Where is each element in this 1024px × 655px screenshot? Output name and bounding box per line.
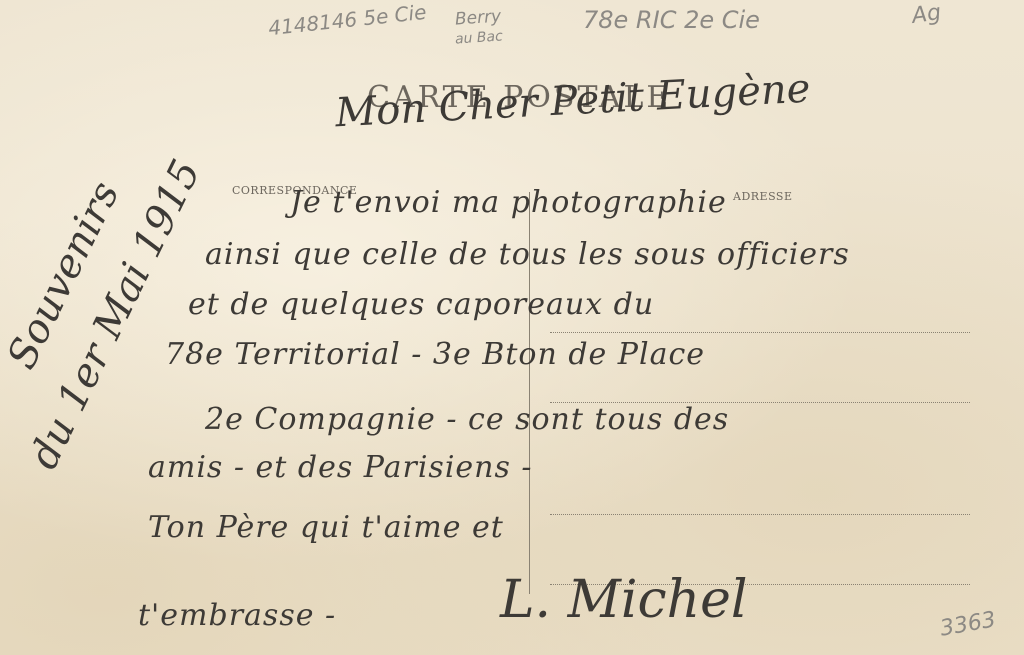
pencil-place-note: Berry <box>454 6 501 29</box>
pencil-archive-note: 4148146 5e Cie <box>267 0 427 40</box>
salutation: Mon Cher Petit Eugène <box>334 66 811 137</box>
letter-line-1: Je t'envoi ma photographie <box>290 185 727 220</box>
pencil-regiment-note: 78e RIC 2e Cie <box>583 6 760 34</box>
pencil-inventory-number: 3363 <box>938 607 997 641</box>
letter-line-4: 78e Territorial - 3e Bton de Place <box>165 337 705 372</box>
address-line-1 <box>550 332 970 333</box>
letter-line-6: amis - et des Parisiens - <box>148 450 533 485</box>
signature: L. Michel <box>500 570 747 630</box>
letter-line-2: ainsi que celle de tous les sous officie… <box>205 237 850 272</box>
pencil-initials-note: Ag <box>910 0 942 29</box>
address-label: ADRESSE <box>733 190 792 203</box>
letter-line-8: t'embrasse - <box>138 598 336 633</box>
postcard-back: 4148146 5e Cie Berry au Bac 78e RIC 2e C… <box>0 0 1024 655</box>
address-line-3 <box>550 514 970 515</box>
pencil-place-note-2: au Bac <box>455 28 504 47</box>
letter-line-3: et de quelques caporeaux du <box>188 287 654 322</box>
letter-line-7: Ton Père qui t'aime et <box>148 510 504 545</box>
letter-line-5: 2e Compagnie - ce sont tous des <box>205 402 729 437</box>
